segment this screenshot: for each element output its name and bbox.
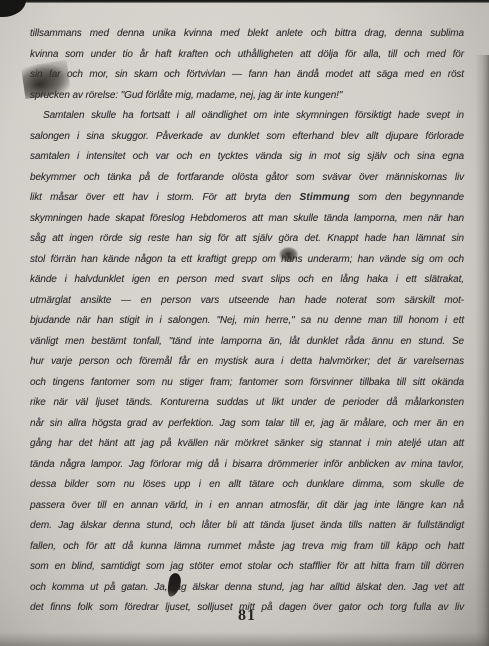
line-text: gång har det hänt att jag på kvällen när… <box>30 438 464 449</box>
page-number: 81 <box>30 607 464 625</box>
line-text: dessa bilder som nu löses upp i en allt … <box>30 479 464 490</box>
line-text: stol förrän han kände någon ta ett kraft… <box>30 254 464 265</box>
text-line: utmärglat ansikte — en person vars utsee… <box>30 291 464 312</box>
line-text: utmärglat ansikte — en person vars utsee… <box>30 295 464 306</box>
text-line: och komma ut på gatan. Ja, jag älskar de… <box>30 578 464 599</box>
text-line: dessa bilder som nu löses upp i en allt … <box>30 475 464 496</box>
line-text: bekymmer och tänka på de fortfarande olö… <box>30 172 464 183</box>
line-text: vänligt men bestämt tonfall, "tänd inte … <box>30 336 464 347</box>
line-text: sin far och mor, sin skam och förtvivlan… <box>30 69 464 80</box>
text-line: bjudande när han stigit in i salongen. "… <box>30 311 464 332</box>
line-text: fallen, och för att då kunna lämna rumme… <box>30 541 464 552</box>
text-line: likt måsar över ett hav i storm. För att… <box>30 188 464 209</box>
line-text: och tingens fantomer som nu stiger fram;… <box>30 377 464 388</box>
line-text: når sin allra högsta grad av perfektion.… <box>30 418 464 429</box>
line-text: hur varje person och föremål får en myst… <box>30 356 464 367</box>
line-text: passera över till en annan värld, in i e… <box>30 500 464 511</box>
text-line: Samtalen skulle ha fortsatt i all oändli… <box>30 106 464 127</box>
line-text: bjudande när han stigit in i salongen. "… <box>30 315 464 326</box>
text-line: salongen i sina skuggor. Påverkade av du… <box>30 127 464 148</box>
line-text: likt måsar över ett hav i storm. För att… <box>30 192 299 203</box>
page-text-block: tillsammans med denna unika kvinna med b… <box>30 24 464 619</box>
text-line: skymningen hade skapat föreslog Hebdomer… <box>30 209 464 230</box>
page-right-edge-shadow <box>475 55 489 646</box>
bold-word: Stimmung <box>299 192 350 203</box>
text-line: hur varje person och föremål får en myst… <box>30 352 464 373</box>
line-text: sprucken av rörelse: "Gud förlåte mig, m… <box>30 90 342 101</box>
scanned-book-page: tillsammans med denna unika kvinna med b… <box>0 0 489 646</box>
text-line: som en blind, samtidigt som jag stöter e… <box>30 557 464 578</box>
text-line: sprucken av rörelse: "Gud förlåte mig, m… <box>30 86 464 107</box>
text-line: kände i halvdunklet igen en person med s… <box>30 270 464 291</box>
line-text: tillsammans med denna unika kvinna med b… <box>30 28 464 39</box>
line-text: samtalen i intensitet och var och en tyc… <box>30 151 464 162</box>
line-text: skymningen hade skapat föreslog Hebdomer… <box>30 213 464 224</box>
text-line: bekymmer och tänka på de fortfarande olö… <box>30 168 464 189</box>
text-line: når sin allra högsta grad av perfektion.… <box>30 414 464 435</box>
line-text: Samtalen skulle ha fortsatt i all oändli… <box>43 110 464 121</box>
ink-smudge-left-margin <box>21 60 71 99</box>
text-line: stol förrän han kände någon ta ett kraft… <box>30 250 464 271</box>
ink-smudge-grepp <box>279 247 298 262</box>
text-line: gång har det hänt att jag på kvällen när… <box>30 434 464 455</box>
text-line: tillsammans med denna unika kvinna med b… <box>30 24 464 45</box>
text-line: vänligt men bestämt tonfall, "tänd inte … <box>30 332 464 353</box>
page-bottom-edge-shadow <box>0 632 489 646</box>
line-text: rike när väl ljuset tänds. Konturerna su… <box>30 397 464 408</box>
line-text: tända några lampor. Jag förlorar mig då … <box>30 459 464 470</box>
scan-top-edge-strip <box>0 0 489 3</box>
line-text: som den begynnande <box>350 192 464 203</box>
text-line: passera över till en annan värld, in i e… <box>30 496 464 517</box>
line-text: kvinna som under tio år haft kraften och… <box>30 49 464 60</box>
text-line: sin far och mor, sin skam och förtvivlan… <box>30 65 464 86</box>
text-line: såg att ingen rörde sig reste han sig fö… <box>30 229 464 250</box>
text-line: samtalen i intensitet och var och en tyc… <box>30 147 464 168</box>
text-line: tända några lampor. Jag förlorar mig då … <box>30 455 464 476</box>
line-text: dem. Jag älskar denna stund, och låter b… <box>30 520 464 531</box>
line-text: salongen i sina skuggor. Påverkade av du… <box>30 131 464 142</box>
text-line: dem. Jag älskar denna stund, och låter b… <box>30 516 464 537</box>
text-line: rike när väl ljuset tänds. Konturerna su… <box>30 393 464 414</box>
line-text: kände i halvdunklet igen en person med s… <box>30 274 464 285</box>
line-text: såg att ingen rörde sig reste han sig fö… <box>30 233 464 244</box>
text-line: fallen, och för att då kunna lämna rumme… <box>30 537 464 558</box>
line-text: som en blind, samtidigt som jag stöter e… <box>30 561 464 572</box>
scan-corner-top-left <box>0 0 26 17</box>
line-text: och komma ut på gatan. Ja, jag älskar de… <box>30 582 464 593</box>
text-line: kvinna som under tio år haft kraften och… <box>30 45 464 66</box>
text-line: och tingens fantomer som nu stiger fram;… <box>30 373 464 394</box>
